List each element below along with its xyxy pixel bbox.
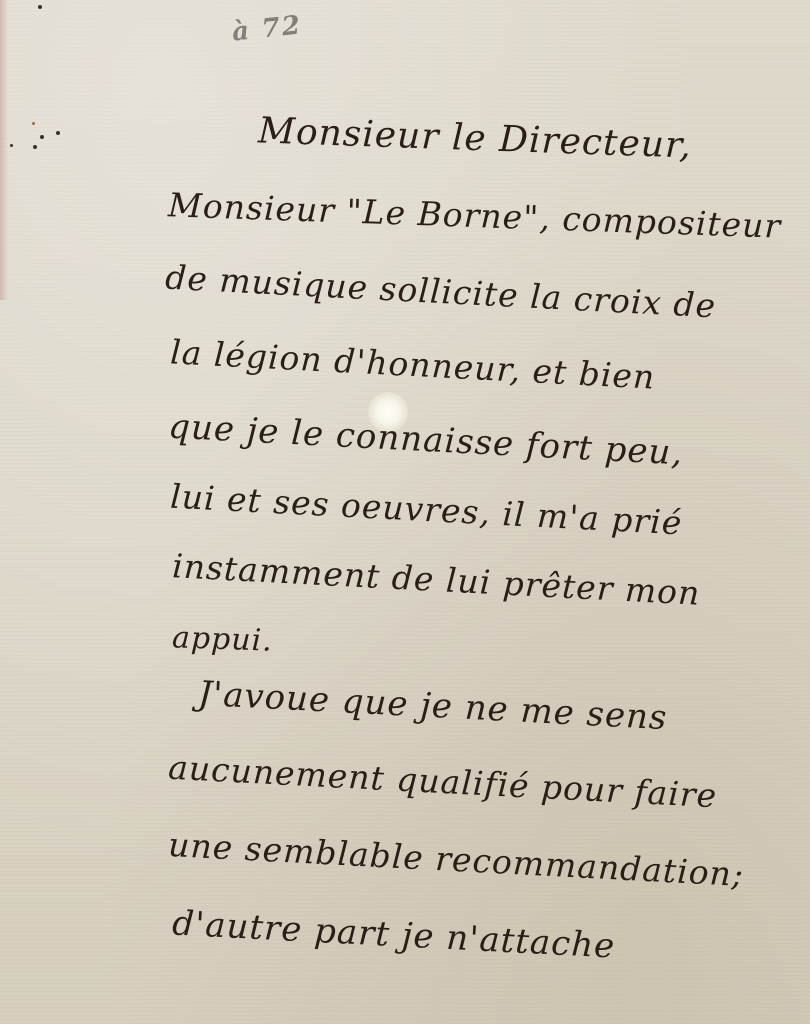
- letter-line: aucunement qualifié pour faire: [167, 748, 718, 816]
- letter-line: Monsieur "Le Borne", compositeur: [168, 185, 782, 245]
- ink-speck: [32, 122, 35, 125]
- ink-speck: [40, 135, 44, 139]
- letter-line: d'autre part je n'attache: [171, 903, 616, 966]
- letter-page: à 72 Monsieur le Directeur, Monsieur "Le…: [0, 0, 810, 1024]
- letter-line: lui et ses oeuvres, il m'a prié: [169, 477, 683, 543]
- letter-line: la légion d'honneur, et bien: [169, 332, 656, 396]
- letter-line: appui.: [171, 620, 273, 658]
- letter-line: de musique sollicite la croix de: [164, 258, 717, 326]
- salutation-line: Monsieur le Directeur,: [257, 110, 692, 166]
- letter-line: que je le connaisse fort peu,: [167, 407, 684, 474]
- ink-speck: [33, 145, 37, 149]
- letter-line: une semblable recommandation;: [167, 825, 745, 894]
- paragraph-start-line: J'avoue que je ne me sens: [197, 674, 668, 739]
- ink-speck: [38, 5, 42, 9]
- page-edge-shadow: [0, 0, 8, 300]
- ink-speck: [10, 144, 13, 147]
- letter-line: instamment de lui prêter mon: [171, 546, 701, 613]
- pencil-annotation: à 72: [231, 10, 304, 47]
- ink-speck: [56, 131, 60, 135]
